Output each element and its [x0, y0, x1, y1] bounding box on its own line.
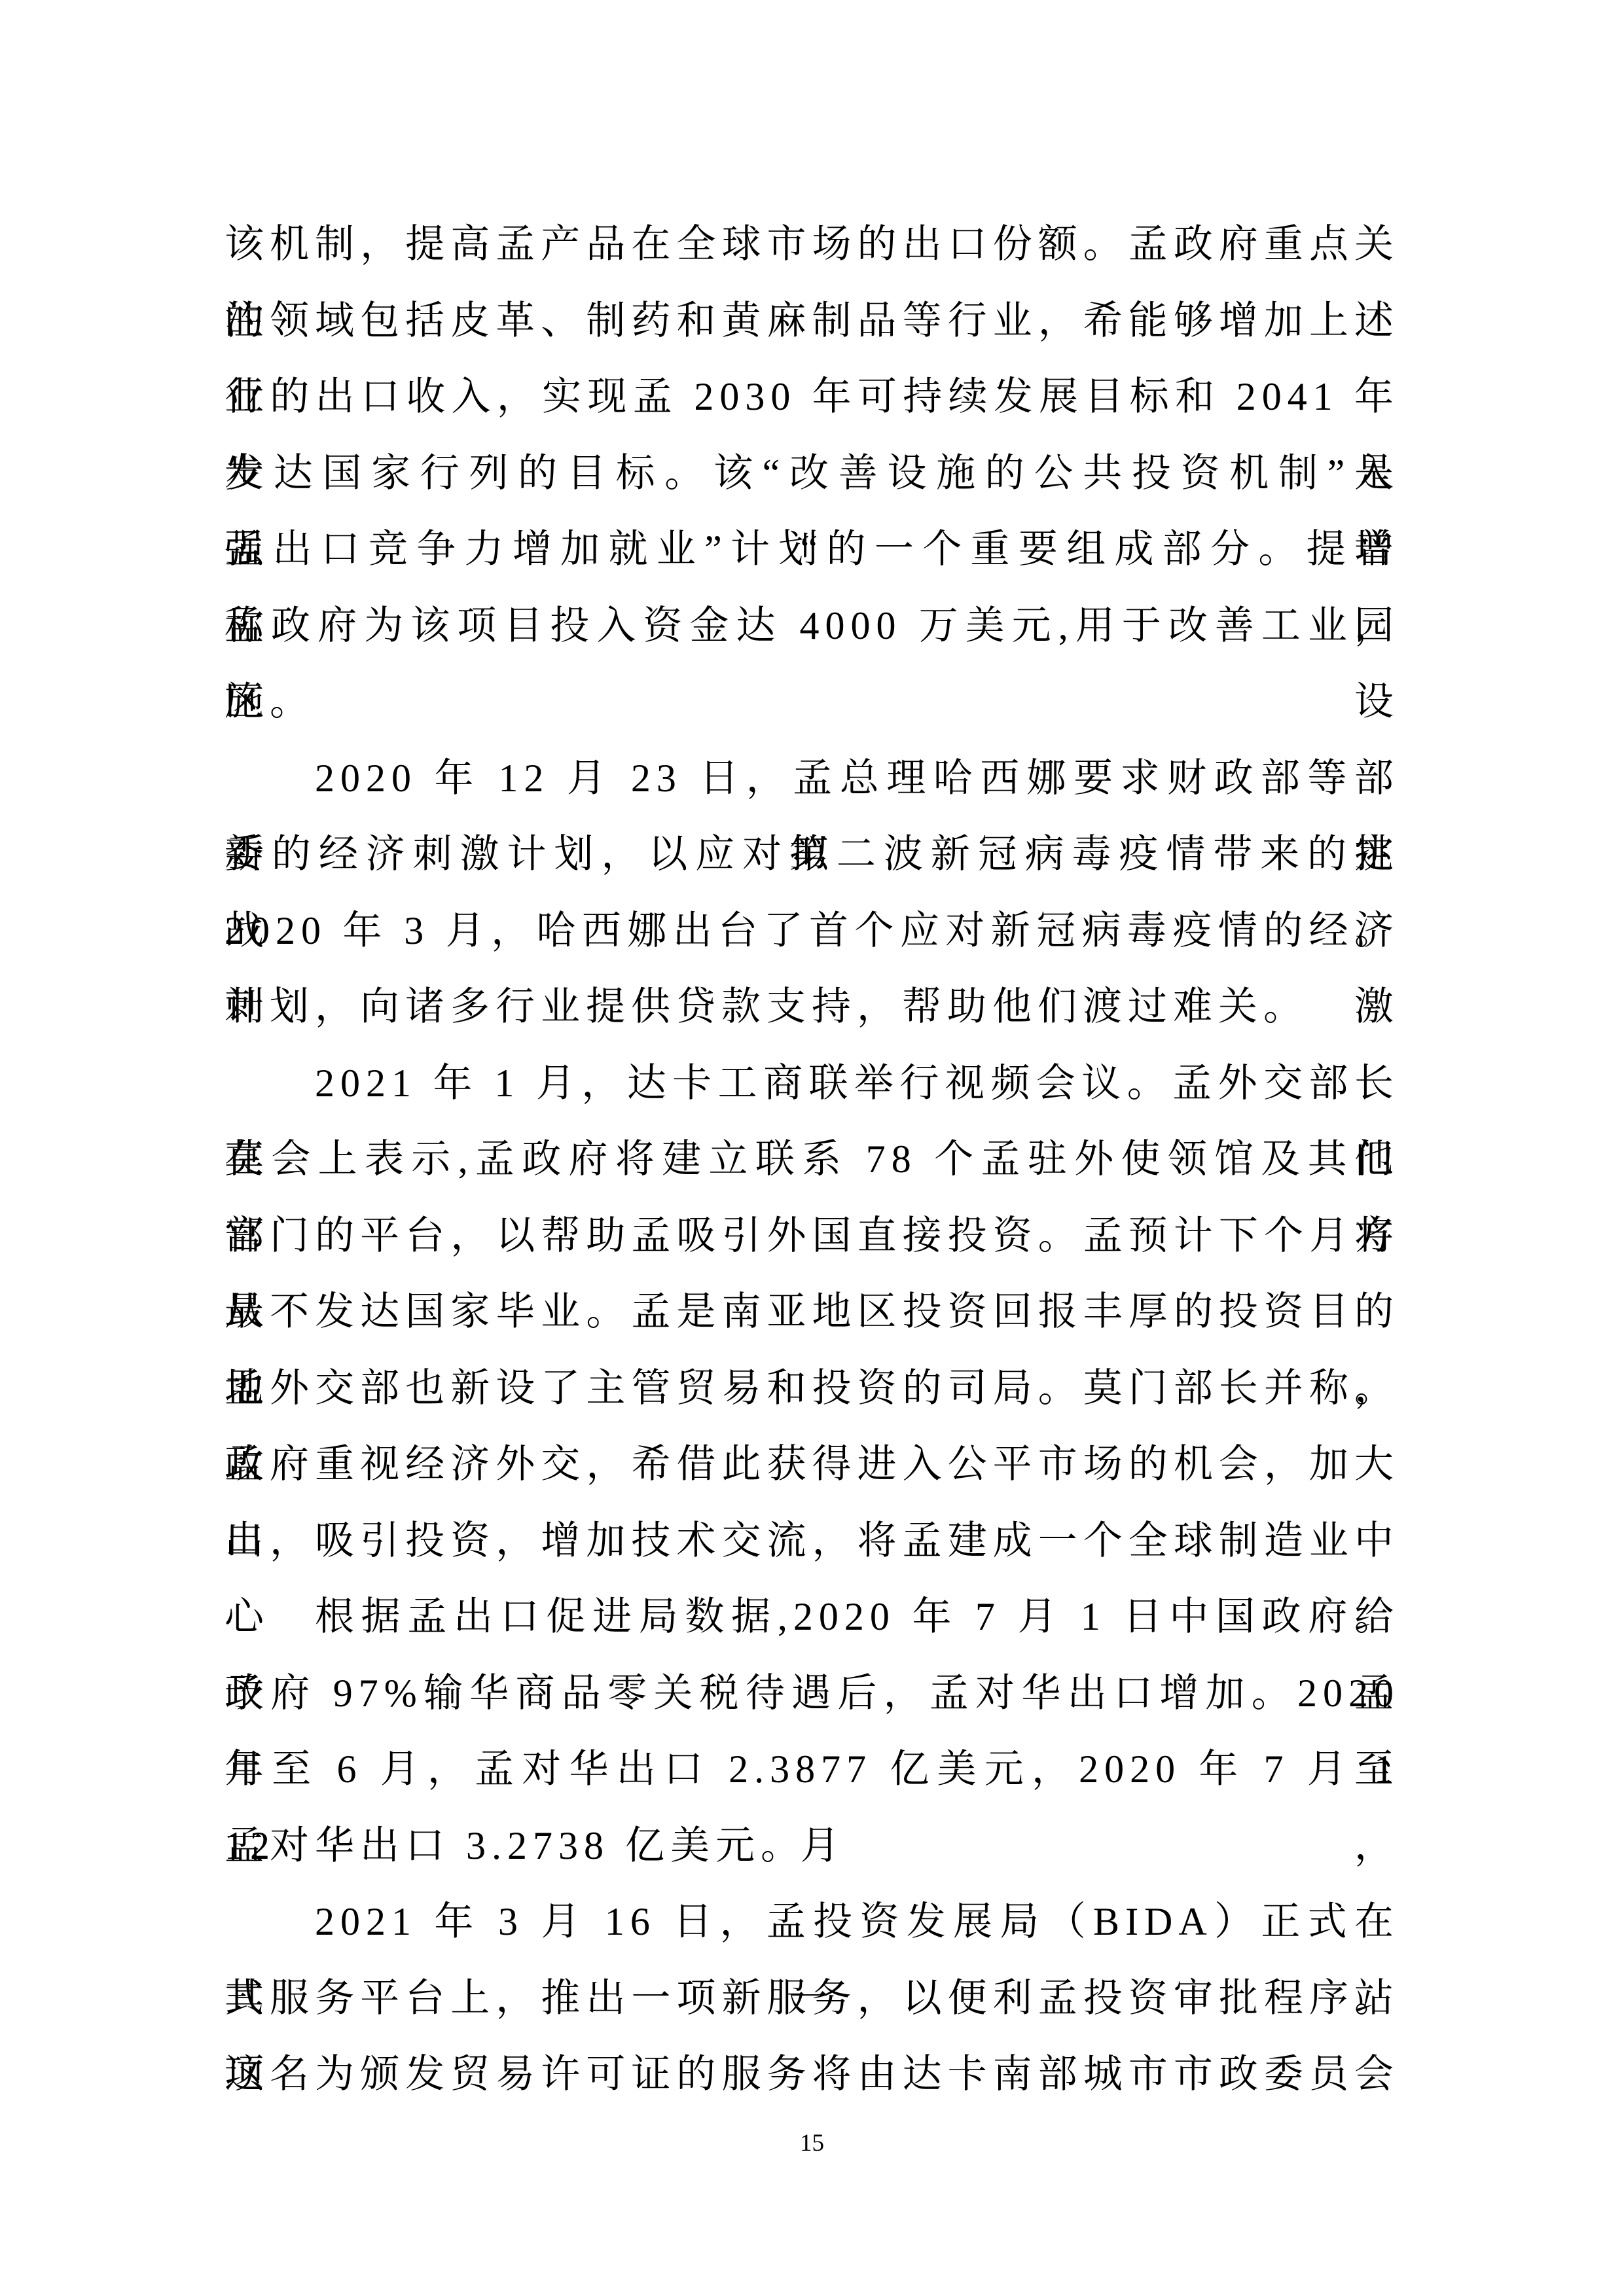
- text-line: 强出口竞争力增加就业”计划的一个重要组成部分。提普称，: [225, 511, 1399, 588]
- page-number: 15: [0, 2128, 1624, 2159]
- text-line: 项名为颁发贸易许可证的服务将由达卡南部城市市政委员会: [225, 2036, 1399, 2113]
- text-line: 2021 年 3 月 16 日，孟投资发展局（BIDA）正式在其一站: [225, 1884, 1399, 1960]
- text-line: 业的出口收入，实现孟 2030 年可持续发展目标和 2041 年步入: [225, 359, 1399, 435]
- text-line: 政府 97%输华商品零关税待遇后，孟对华出口增加。2020 年 1: [225, 1655, 1399, 1732]
- text-line: 孟外交部也新设了主管贸易和投资的司局。莫门部长并称，孟: [225, 1350, 1399, 1427]
- text-line: 在会上表示,孟政府将建立联系 78 个孟驻外使领馆及其他官方: [225, 1121, 1399, 1198]
- text-line: 孟政府为该项目投入资金达 4000 万美元,用于改善工业园区设: [225, 588, 1399, 664]
- text-line: 2020 年 12 月 23 日，孟总理哈西娜要求财政部等部委拟定: [225, 740, 1399, 817]
- text-line: 根据孟出口促进局数据,2020 年 7 月 1 日中国政府给予孟: [225, 1579, 1399, 1655]
- text-line: 发达国家行列的目标。该“改善设施的公共投资机制”是孟“增: [225, 435, 1399, 512]
- text-line: 口，吸引投资，增加技术交流，将孟建成一个全球制造业中心。: [225, 1503, 1399, 1579]
- body-text: 该机制，提高孟产品在全球市场的出口份额。孟政府重点关注 的领域包括皮革、制药和黄…: [225, 206, 1399, 2113]
- text-line: 的领域包括皮革、制药和黄麻制品等行业，希能够增加上述行: [225, 283, 1399, 359]
- text-line: 新的经济刺激计划，以应对第二波新冠病毒疫情带来的挑战。: [225, 816, 1399, 893]
- text-line: 式服务平台上，推出一项新服务，以便利孟投资审批程序。这: [225, 1960, 1399, 2037]
- text-line: 该机制，提高孟产品在全球市场的出口份额。孟政府重点关注: [225, 206, 1399, 283]
- document-page: 该机制，提高孟产品在全球市场的出口份额。孟政府重点关注 的领域包括皮革、制药和黄…: [0, 0, 1624, 2296]
- text-line: 2020 年 3 月，哈西娜出台了首个应对新冠病毒疫情的经济刺激: [225, 893, 1399, 969]
- text-line: 最不发达国家毕业。孟是南亚地区投资回报丰厚的投资目的地。: [225, 1274, 1399, 1350]
- text-line: 计划，向诸多行业提供贷款支持，帮助他们渡过难关。: [225, 969, 1399, 1045]
- text-line: 政府重视经济外交，希借此获得进入公平市场的机会，加大出: [225, 1426, 1399, 1503]
- text-line: 部门的平台，以帮助孟吸引外国直接投资。孟预计下个月将从: [225, 1198, 1399, 1274]
- text-line: 2021 年 1 月，达卡工商联举行视频会议。孟外交部长莫门: [225, 1045, 1399, 1122]
- text-line: 月至 6 月，孟对华出口 2.3877 亿美元，2020 年 7 月至 12 月…: [225, 1731, 1399, 1808]
